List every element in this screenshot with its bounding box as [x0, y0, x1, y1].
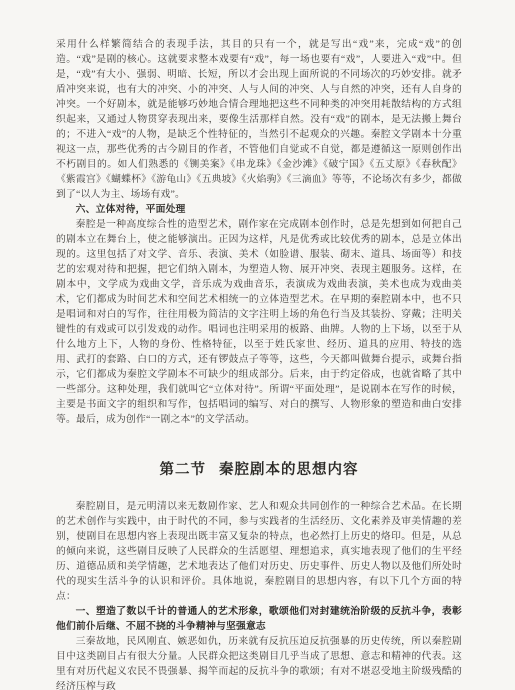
section-title: 第二节秦腔剧本的思想内容 — [56, 460, 462, 480]
book-page: 采用什么样繁简结合的表现手法，其目的只有一个，就是写出“戏”来，完成“戏”的创造… — [56, 37, 462, 690]
section-number: 第二节 — [160, 462, 207, 478]
section-title-text: 秦腔剧本的思想内容 — [219, 462, 359, 478]
body-paragraph-continuation: 采用什么样繁简结合的表现手法，其目的只有一个，就是写出“戏”来，完成“戏”的创造… — [56, 37, 462, 202]
point-one-heading: 一、塑造了数以千计的普通人的艺术形象，歌颂他们对封建统治阶级的反抗斗争，表彰他们… — [56, 604, 462, 634]
body-paragraph-point-one: 三秦故地，民风刚直、嫉恶如仇，历来就有反抗压迫反抗强暴的历史传统，所以秦腔剧目中… — [56, 634, 462, 690]
body-paragraph-stereo-treatment: 秦腔是一种高度综合性的造型艺术，剧作家在完成剧本创作时，总是先想到如何把自己的剧… — [56, 217, 462, 427]
subsection-heading-six: 六、立体对待，平面处理 — [56, 202, 462, 217]
body-paragraph-intro: 秦腔剧目，是元明清以来无数剧作家、艺人和观众共同创作的一种综合艺术品。在长期的艺… — [56, 499, 462, 604]
